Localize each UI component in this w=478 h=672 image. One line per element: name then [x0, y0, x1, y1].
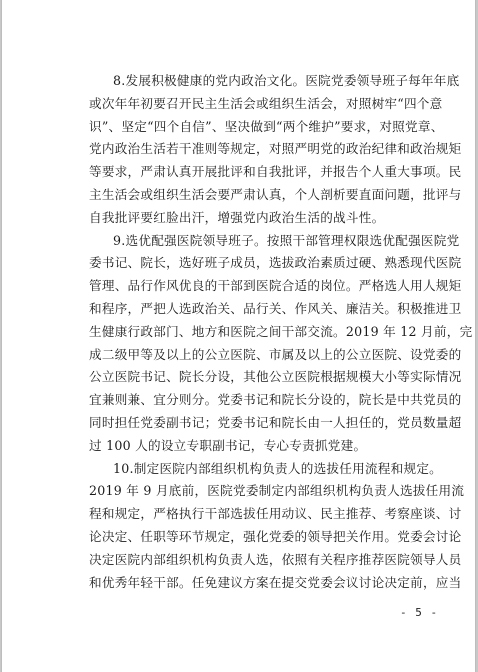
text-line: 2019 年 9 月底前，医院党委制定内部组织机构负责人选拔任用流 [63, 480, 428, 503]
text-line: 成二级甲等及以上的公立医院、市属及以上的公立医院、设党委的 [63, 344, 428, 367]
text-line: 同时担任党委副书记；党委书记和院长由一人担任的，党员数量超 [63, 412, 428, 435]
text-line: 自我批评要红脸出汗，增强党内政治生活的战斗性。 [63, 207, 428, 230]
paragraph-8: 8.发展积极健康的党内政治文化。医院党委领导班子每年年底 或次年年初要召开民主生… [63, 70, 428, 230]
text-line: 委书记、院长，选好班子成员，选拔政治素质过硬、熟悉现代医院 [63, 252, 428, 275]
text-line: 等要求，严肃认真开展批评和自我批评，并报告个人重大事项。民 [63, 161, 428, 184]
paragraph-10: 10.制定医院内部组织机构负责人的选拔任用流程和规定。 2019 年 9 月底前… [63, 458, 428, 595]
text-line: 和程序，严把人选政治关、品行关、作风关、廉洁关。积极推进卫 [63, 298, 428, 321]
text-line: 主生活会或组织生活会要严肃认真，个人剖析要直面问题，批评与 [63, 184, 428, 207]
page-number: - 5 - [400, 606, 438, 619]
text-line: 管理、品行作风优良的干部到医院合适的岗位。严格选人用人规矩 [63, 275, 428, 298]
text-line: 识”、坚定“四个自信”、坚决做到“两个维护”要求，对照党章、 [63, 116, 428, 139]
text-line: 9.选优配强医院领导班子。按照干部管理权限选优配强医院党 [63, 230, 428, 253]
document-body: 8.发展积极健康的党内政治文化。医院党委领导班子每年年底 或次年年初要召开民主生… [63, 70, 428, 594]
text-line: 程和规定，严格执行干部选拔任用动议、民主推荐、考察座谈、讨 [63, 503, 428, 526]
text-line: 和优秀年轻干部。任免建议方案在提交党委会议讨论决定前，应当 [63, 572, 428, 595]
text-line: 生健康行政部门、地方和医院之间干部交流。2019 年 12 月前，完 [63, 321, 428, 344]
text-line: 过 100 人的设立专职副书记，专心专责抓党建。 [63, 435, 428, 458]
text-line: 公立医院书记、院长分设，其他公立医院根据规模大小等实际情况 [63, 366, 428, 389]
paragraph-9: 9.选优配强医院领导班子。按照干部管理权限选优配强医院党 委书记、院长，选好班子… [63, 230, 428, 458]
text-line: 党内政治生活若干准则等规定，对照严明党的政治纪律和政治规矩 [63, 138, 428, 161]
text-line: 8.发展积极健康的党内政治文化。医院党委领导班子每年年底 [63, 70, 428, 93]
text-line: 宜兼则兼、宜分则分。党委书记和院长分设的，院长是中共党员的 [63, 389, 428, 412]
text-line: 10.制定医院内部组织机构负责人的选拔任用流程和规定。 [63, 458, 428, 481]
text-line: 决定医院内部组织机构负责人选，依照有关程序推荐医院领导人员 [63, 549, 428, 572]
text-line: 或次年年初要召开民主生活会或组织生活会，对照树牢“四个意 [63, 93, 428, 116]
text-line: 论决定、任职等环节规定，强化党委的领导把关作用。党委会讨论 [63, 526, 428, 549]
document-page: 8.发展积极健康的党内政治文化。医院党委领导班子每年年底 或次年年初要召开民主生… [1, 0, 476, 672]
